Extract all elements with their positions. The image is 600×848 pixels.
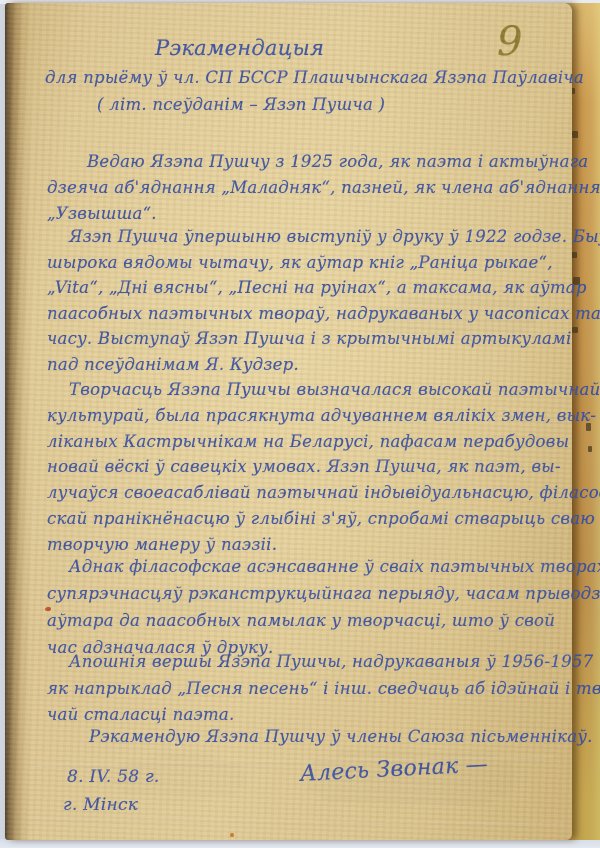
date: 8. IV. 58 г. (67, 767, 159, 787)
page-edge-mark (572, 327, 578, 333)
document-scan: 9 Рэкамендацыя для прыёму ў чл. СП БССР … (0, 0, 600, 848)
handwritten-line: шырока вядомы чытачу, як аўтар кніг „Ран… (47, 250, 547, 276)
handwritten-line: часу. Выступаў Язэп Пушча і з крытычнымі… (47, 326, 547, 352)
subtitle-line: ( літ. псеўданім – Язэп Пушча ) (97, 95, 385, 114)
handwritten-line: Ведаю Язэпа Пушчу з 1925 года, як паэта … (47, 149, 547, 175)
paragraph: Аднак філасофскае асэнсаванне ў сваіх па… (47, 553, 547, 661)
handwritten-line: скай пранікнёнасцю ў глыбіні з'яў, спроб… (47, 506, 547, 532)
paragraph: Творчасць Язэпа Пушчы вызначалася высока… (47, 377, 547, 558)
handwritten-line: ліканых Кастрычнікам на Беларусі, пафаса… (47, 429, 547, 455)
handwritten-line: чай сталасці паэта. (47, 702, 547, 729)
scanner-edge-bottom (0, 839, 600, 848)
handwritten-line: як напрыклад „Песня песень“ і інш. сведч… (47, 676, 547, 703)
binding-shadow (5, 3, 31, 840)
paragraph: Язэп Пушча ўпершыню выступіў у друку ў 1… (47, 224, 547, 377)
closing-line: Рэкамендую Язэпа Пушчу ў члены Саюза піс… (89, 727, 593, 746)
handwritten-line: новай вёскі ў савецкіх умовах. Язэп Пушч… (47, 454, 547, 480)
subtitle-line: для прыёму ў чл. СП БССР Плашчынскага Яз… (45, 68, 584, 87)
handwritten-line: дзеяча аб'яднання „Маладняк“, пазней, як… (47, 175, 547, 201)
handwritten-line: Творчасць Язэпа Пушчы вызначалася высока… (47, 377, 547, 403)
handwritten-line: „Vita“, „Дні вясны“, „Песні на руінах“, … (47, 275, 547, 301)
paper-crease (25, 818, 565, 826)
handwritten-line: аўтара да паасобных памылак у творчасці,… (47, 607, 547, 634)
handwritten-line: супярэчнасцяў рэканструкцыйнага перыяду,… (47, 580, 547, 607)
handwritten-line: пад псеўданімам Я. Кудзер. (47, 352, 547, 378)
page-number: 9 (497, 19, 523, 65)
handwritten-line: паасобных паэтычных твораў, надрукаваных… (47, 301, 547, 327)
page-edge-mark (588, 446, 592, 452)
city: г. Мінск (63, 795, 138, 815)
paragraph: Апошнія вершы Язэпа Пушчы, надрукаваныя … (47, 649, 547, 729)
handwritten-line: Аднак філасофскае асэнсаванне ў сваіх па… (47, 553, 547, 580)
handwritten-line: лучаўся своеасаблівай паэтычнай індывіду… (47, 480, 547, 506)
document-title: Рэкамендацыя (155, 36, 324, 60)
handwritten-line: Апошнія вершы Язэпа Пушчы, надрукаваныя … (47, 649, 547, 676)
paper-speck (230, 833, 234, 837)
manuscript-page: 9 Рэкамендацыя для прыёму ў чл. СП БССР … (5, 3, 572, 840)
page-edge-mark (572, 131, 578, 138)
handwritten-line: культурай, была прасякнута адчуваннем вя… (47, 403, 547, 429)
handwritten-line: Язэп Пушча ўпершыню выступіў у друку ў 1… (47, 224, 547, 250)
paragraph: Ведаю Язэпа Пушчу з 1925 года, як паэта … (47, 149, 547, 227)
